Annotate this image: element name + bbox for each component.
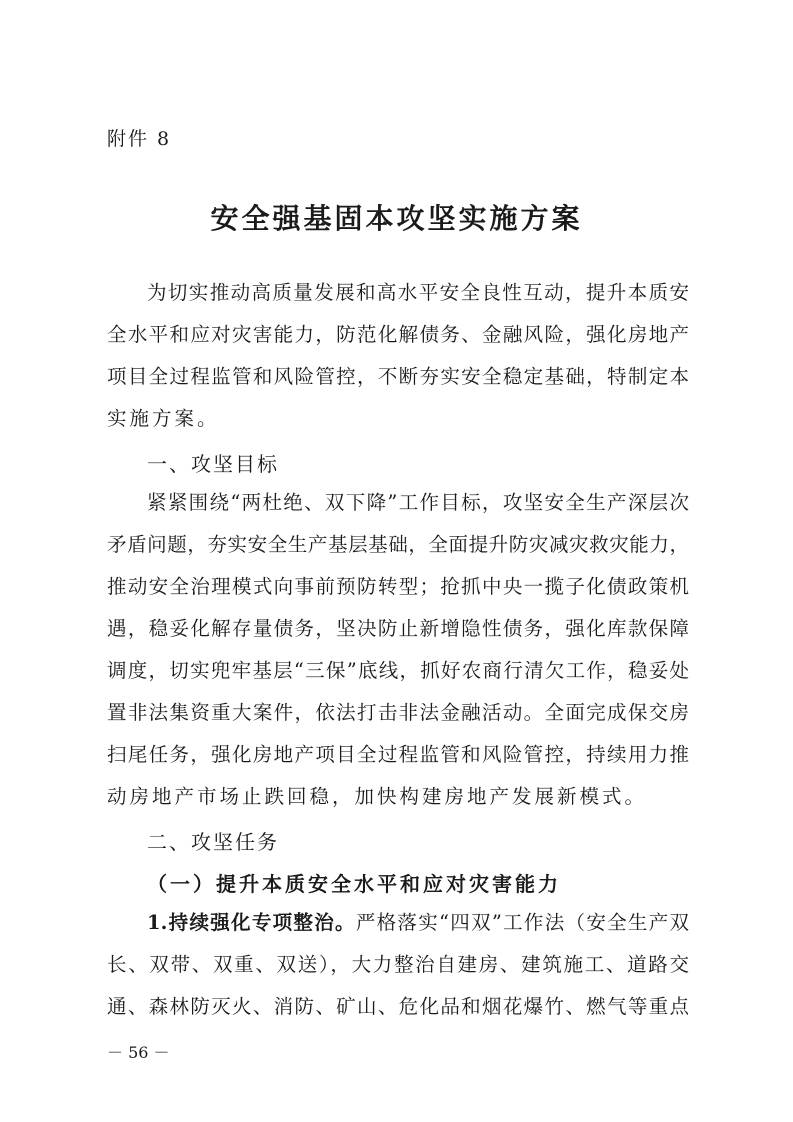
item1-line: 通、森林防灭火、消防、矿山、危化品和烟花爆竹、燃气等重点 <box>107 994 689 1020</box>
attachment-label: 附件 8 <box>107 124 171 151</box>
item1-text: 严格落实“四双”工作法（安全生产双 <box>356 911 689 934</box>
goals-line: 调度，切实兜牢基层“三保”底线，抓好农商行清欠工作，稳妥处 <box>107 658 689 684</box>
intro-line: 项目全过程监管和风险管控，不断夯实安全稳定基础，特制定本 <box>107 364 689 390</box>
item1-line: 1.持续强化专项整治。严格落实“四双”工作法（安全生产双 <box>147 910 689 936</box>
document-title: 安全强基固本攻坚实施方案 <box>0 197 793 237</box>
goals-line: 紧紧围绕“两杜绝、双下降”工作目标，攻坚安全生产深层次 <box>147 490 689 516</box>
goals-line: 动房地产市场止跌回稳，加快构建房地产发展新模式。 <box>107 784 689 810</box>
subsection-heading: （一）提升本质安全水平和应对灾害能力 <box>147 868 561 897</box>
goals-line: 置非法集资重大案件，依法打击非法金融活动。全面完成保交房 <box>107 700 689 726</box>
goals-line: 矛盾问题，夯实安全生产基层基础，全面提升防灾减灾救灾能力， <box>107 532 689 558</box>
intro-line: 实施方案。 <box>107 406 689 432</box>
intro-line: 为切实推动高质量发展和高水平安全良性互动，提升本质安 <box>147 280 689 306</box>
item1-title: 1.持续强化专项整治。 <box>147 911 356 934</box>
goals-line: 扫尾任务，强化房地产项目全过程监管和风险管控，持续用力推 <box>107 742 689 768</box>
intro-line: 全水平和应对灾害能力，防范化解债务、金融风险，强化房地产 <box>107 322 689 348</box>
goals-line: 遇，稳妥化解存量债务，坚决防止新增隐性债务，强化库款保障 <box>107 616 689 642</box>
section-heading-goals: 一、攻坚目标 <box>147 448 279 477</box>
section-heading-tasks: 二、攻坚任务 <box>147 826 279 855</box>
page-number: － 56 － <box>107 1040 170 1063</box>
goals-line: 推动安全治理模式向事前预防转型；抢抓中央一揽子化债政策机 <box>107 574 689 600</box>
item1-line: 长、双带、双重、双送），大力整治自建房、建筑施工、道路交 <box>107 952 689 978</box>
